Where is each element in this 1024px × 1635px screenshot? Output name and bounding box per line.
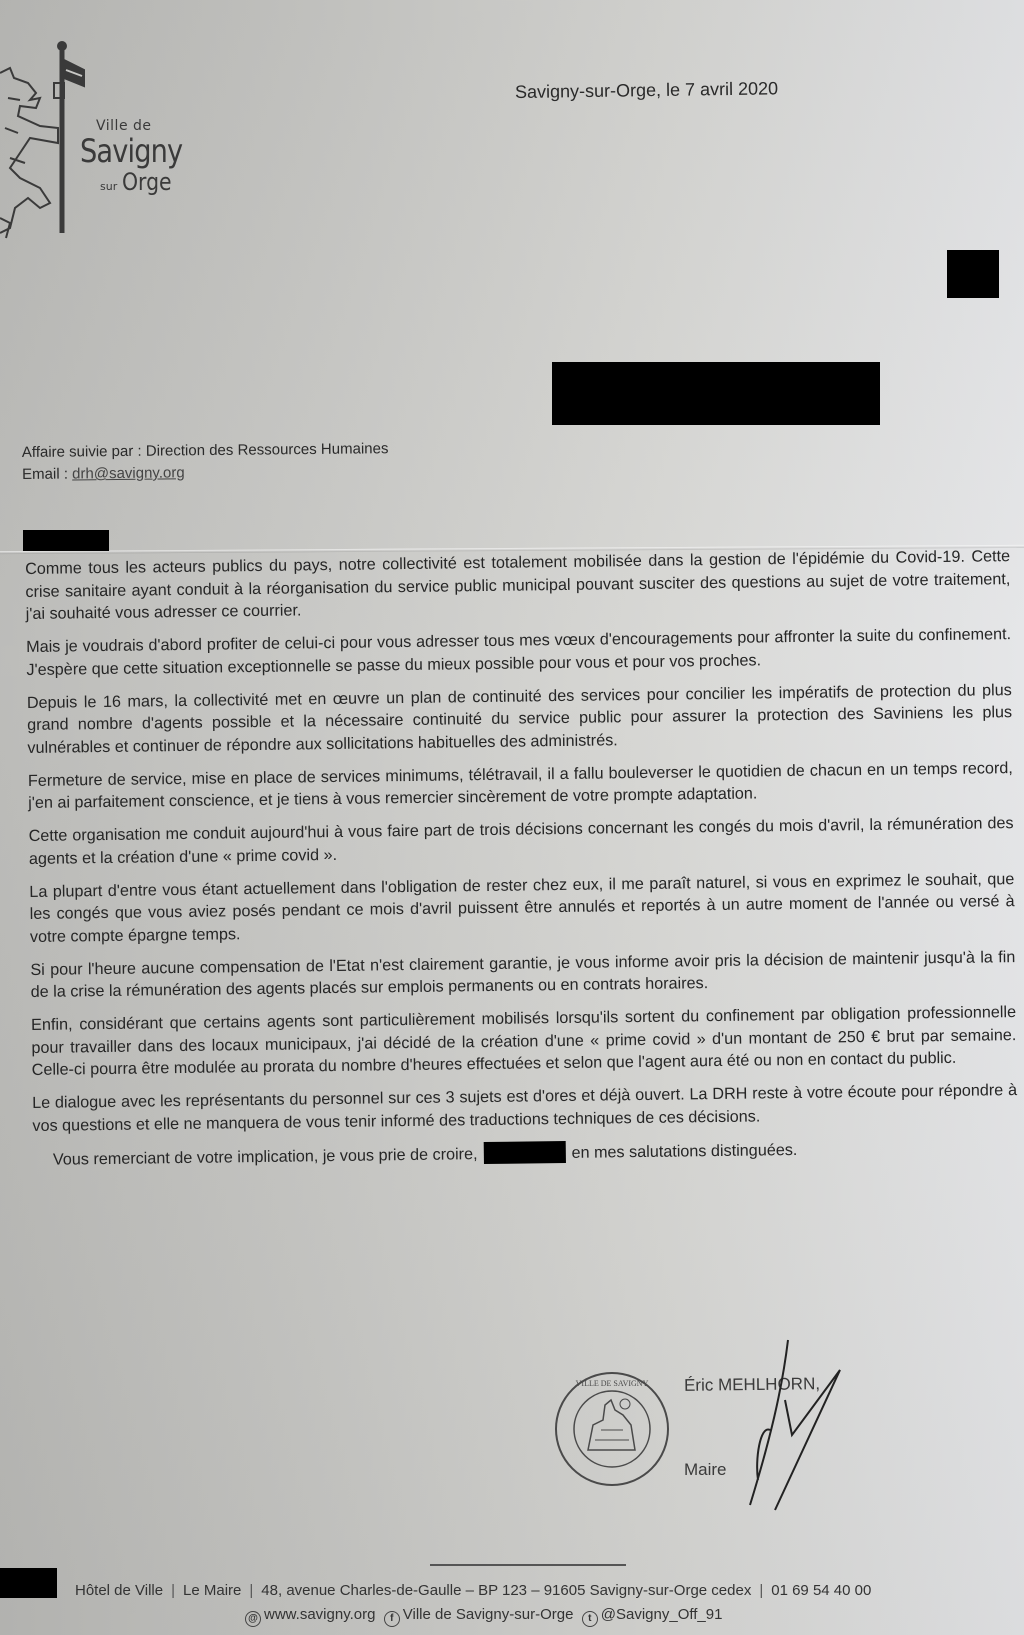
handwritten-signature-icon [730, 1330, 860, 1515]
redaction-salutation [23, 530, 109, 551]
svg-text:VILLE DE SAVIGNY: VILLE DE SAVIGNY [576, 1379, 649, 1388]
email-label: Email : [22, 465, 72, 483]
footer-links: @www.savigny.org fVille de Savigny-sur-O… [245, 1606, 722, 1627]
letter-body: Comme tous les acteurs publics du pays, … [25, 545, 1018, 1181]
facebook-icon: f [384, 1611, 400, 1627]
paragraph: Mais je voudrais d'abord profiter de cel… [26, 623, 1012, 681]
footer-hotel-de-ville: Hôtel de Ville [75, 1582, 163, 1599]
paragraph: Depuis le 16 mars, la collectivité met e… [27, 679, 1013, 759]
footer-website[interactable]: www.savigny.org [264, 1606, 375, 1623]
footer-street-address: 48, avenue Charles-de-Gaulle – BP 123 – … [261, 1582, 751, 1599]
letter-page: Ville de Savigny sur Orge Savigny-sur-Or… [0, 0, 1024, 1635]
paragraph: Comme tous les acteurs publics du pays, … [25, 545, 1011, 625]
closing-before: Vous remerciant de votre implication, je… [53, 1145, 478, 1169]
closing-after: en mes salutations distinguées. [571, 1140, 797, 1161]
web-icon: @ [245, 1611, 261, 1627]
logo-savigny: Savigny [80, 134, 182, 168]
footer-divider [430, 1564, 626, 1566]
logo-sur: sur [100, 180, 117, 193]
footer-le-maire: Le Maire [183, 1582, 241, 1599]
twitter-icon: t [582, 1611, 598, 1627]
logo-orge: Orge [122, 168, 172, 196]
paragraph: Si pour l'heure aucune compensation de l… [30, 946, 1016, 1004]
affaire-block: Affaire suivie par : Direction des Resso… [22, 438, 389, 486]
footer-twitter[interactable]: @Savigny_Off_91 [601, 1606, 723, 1623]
date-line: Savigny-sur-Orge, le 7 avril 2020 [515, 78, 778, 103]
paragraph: Fermeture de service, mise en place de s… [28, 757, 1014, 815]
email-link[interactable]: drh@savigny.org [72, 464, 185, 482]
redaction-closing [483, 1140, 565, 1163]
footer-address: Hôtel de Ville|Le Maire|48, avenue Charl… [75, 1582, 871, 1599]
footer-phone: 01 69 54 40 00 [771, 1582, 871, 1599]
signatory-role: Maire [684, 1460, 727, 1480]
footer-facebook[interactable]: Ville de Savigny-sur-Orge [403, 1606, 574, 1623]
paragraph: Enfin, considérant que certains agents s… [31, 1001, 1017, 1081]
paragraph: Le dialogue avec les représentants du pe… [32, 1079, 1018, 1137]
redaction-box [947, 250, 999, 298]
affaire-line: Affaire suivie par : Direction des Resso… [22, 438, 389, 464]
redaction-recipient-address [552, 362, 880, 425]
paragraph: La plupart d'entre vous étant actuelleme… [29, 868, 1015, 948]
redaction-footer [0, 1568, 57, 1598]
paragraph: Cette organisation me conduit aujourd'hu… [28, 812, 1014, 870]
logo-wordmark: Ville de Savigny sur Orge [80, 118, 200, 196]
closing-paragraph: Vous remerciant de votre implication, je… [33, 1135, 1018, 1171]
city-seal-icon: VILLE DE SAVIGNY [553, 1370, 671, 1488]
